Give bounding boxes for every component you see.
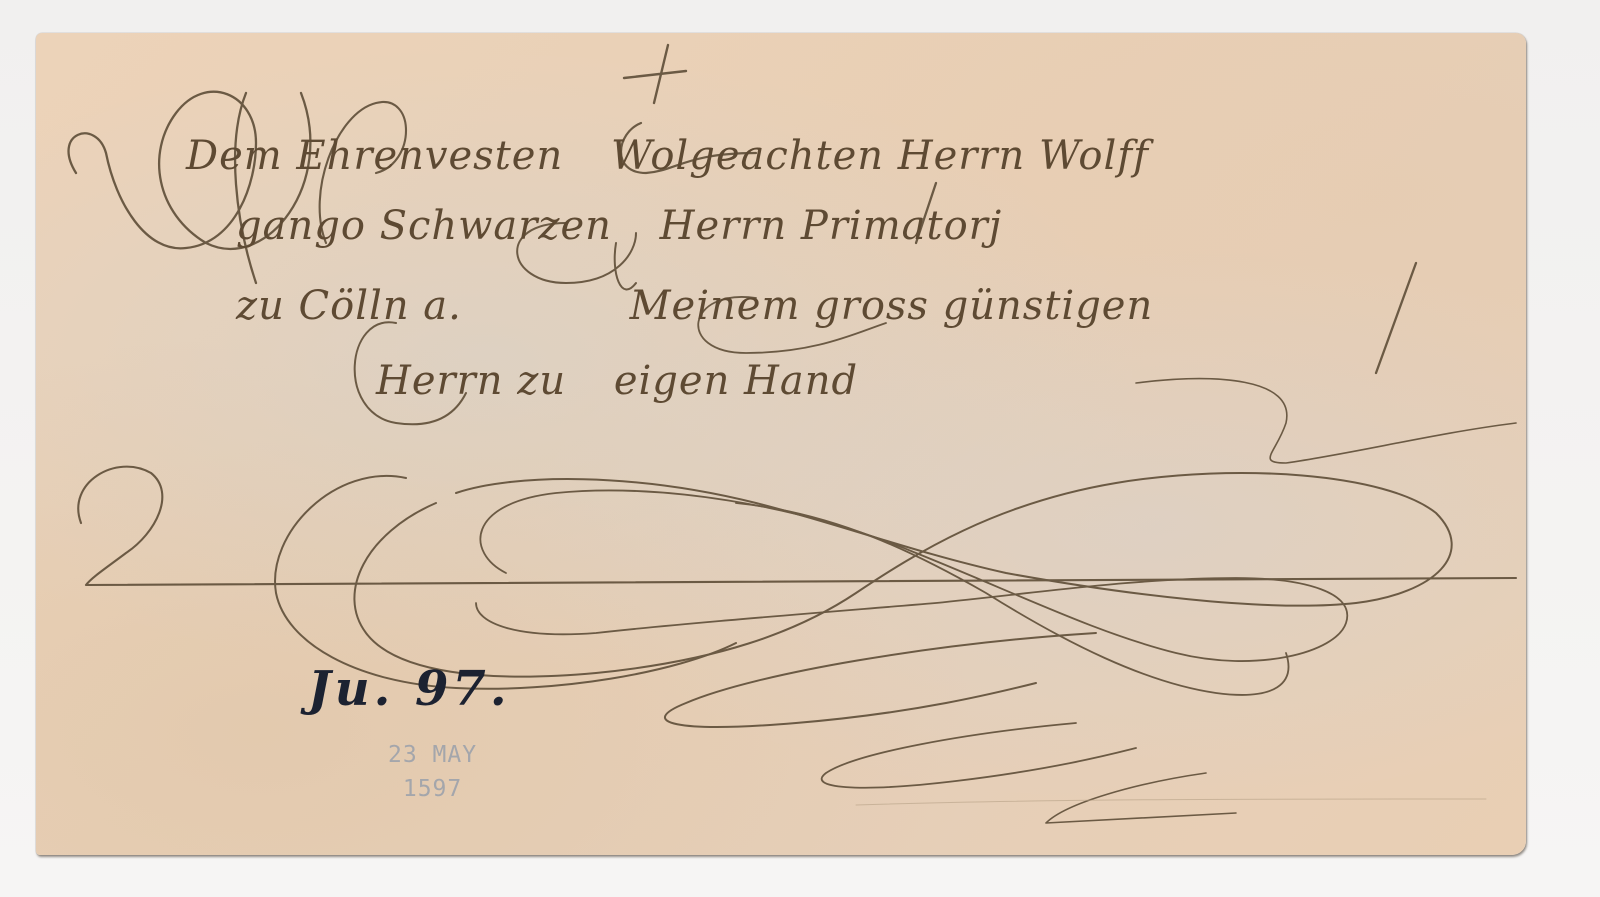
address-line-2-part-2: Herrn Primatorj	[660, 203, 1003, 249]
receipt-stamp: 23 MAY 1597	[388, 738, 477, 806]
cross-mark-stroke	[624, 45, 686, 103]
address-line-3-part-2: Meinem gross günstigen	[630, 283, 1154, 329]
address-line-2-part-1: gango Schwarzen	[236, 203, 612, 249]
stamp-day-month: 23 MAY	[388, 738, 477, 772]
address-line-1-part-1: Dem Ehrenvesten	[186, 133, 563, 179]
address-line-2: gango Schwarzen Herrn Primatorj	[236, 203, 1036, 249]
address-line-1-part-2: Wolgeachten Herrn Wolff	[611, 133, 1149, 179]
address-line-1: Dem Ehrenvesten Wolgeachten Herrn Wolff	[186, 133, 1183, 179]
address-line-3: zu Cölln a. Meinem gross günstigen	[236, 283, 1187, 329]
letter-paper: Dem Ehrenvesten Wolgeachten Herrn Wolff …	[36, 33, 1526, 855]
address-line-4: Herrn zu eigen Hand	[376, 358, 892, 404]
stamp-year: 1597	[388, 772, 477, 806]
date-annotation: Ju. 97.	[308, 661, 511, 717]
address-line-4-part-2: eigen Hand	[614, 358, 858, 404]
address-line-3-part-1: zu Cölln a.	[236, 283, 462, 329]
photo-background: Dem Ehrenvesten Wolgeachten Herrn Wolff …	[0, 0, 1600, 897]
address-line-4-part-1: Herrn zu	[376, 358, 566, 404]
